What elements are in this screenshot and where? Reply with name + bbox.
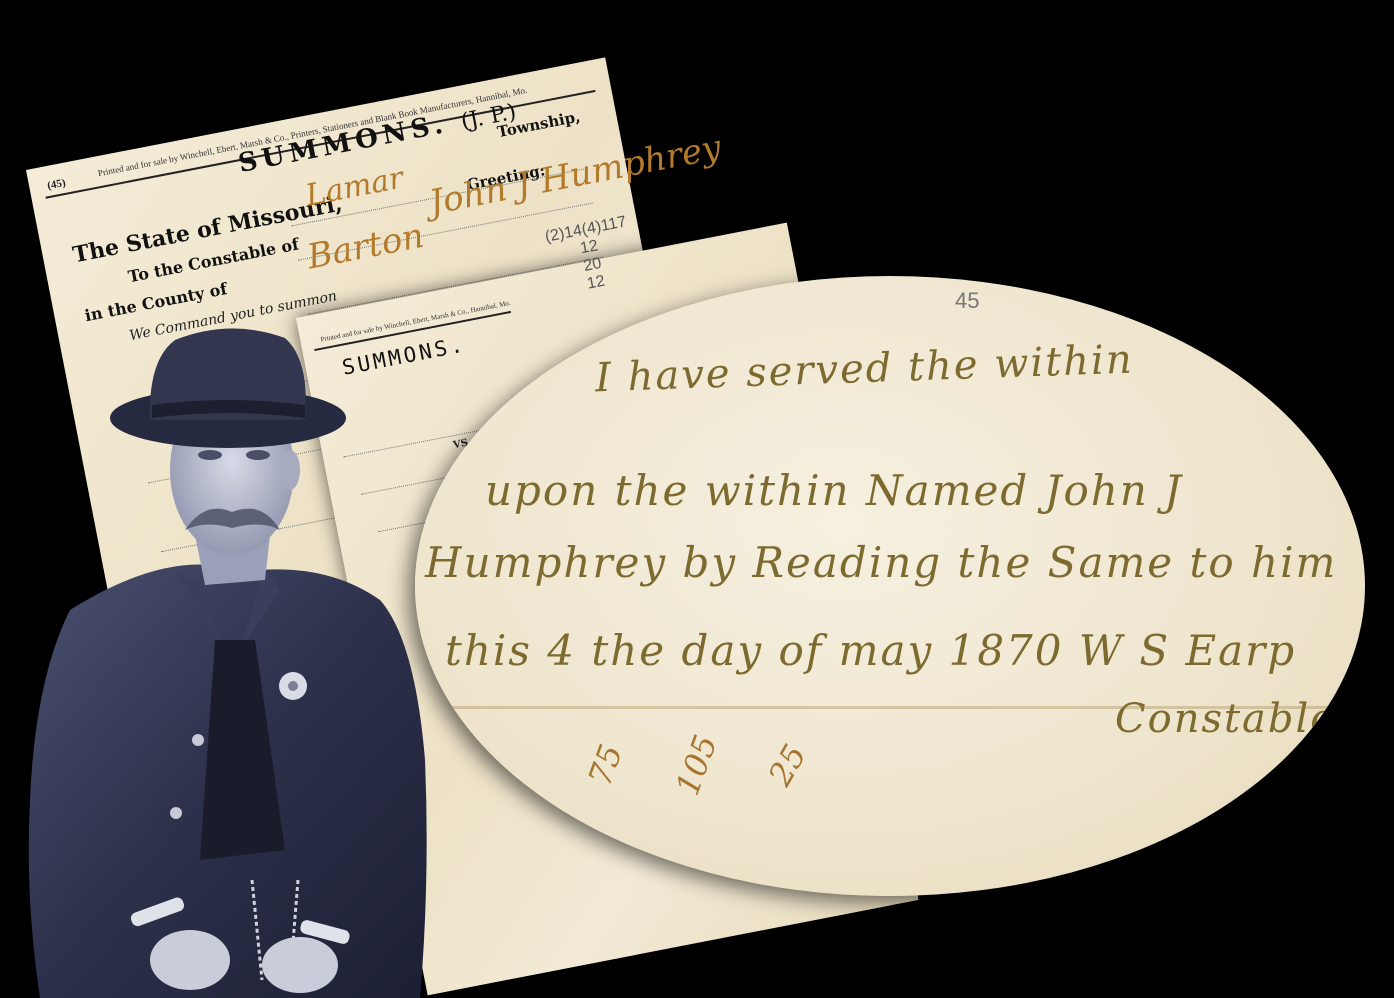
fee-figures: 75 105 25 <box>585 746 808 784</box>
endorsement-line: I have served the within <box>594 337 1134 402</box>
paper-fold <box>415 706 1365 709</box>
fill-line <box>148 446 335 483</box>
handwritten-summoned-name: John J Humphrey <box>426 127 724 223</box>
magnified-endorsement: 45 I have served the within upon the wit… <box>415 276 1365 896</box>
endorsement-line: this 4 the day of may 1870 W S Earp <box>445 626 1296 675</box>
fee: 75 <box>581 739 631 790</box>
pencil-mark: 45 <box>955 288 979 314</box>
signature-title: Constable <box>1115 696 1336 742</box>
fill-line <box>161 513 358 552</box>
endorsement-line: Humphrey by Reading the Same to him <box>425 538 1337 587</box>
fee: 105 <box>668 730 725 800</box>
endorsement-line: upon the within Named John J <box>485 466 1183 515</box>
fill-line <box>135 379 312 414</box>
pencil-notes: (2)14(4)117 12 20 12 <box>544 213 639 299</box>
form-number: (45) <box>46 177 66 192</box>
handwritten-county: Barton <box>304 216 427 278</box>
fee: 25 <box>761 738 814 792</box>
